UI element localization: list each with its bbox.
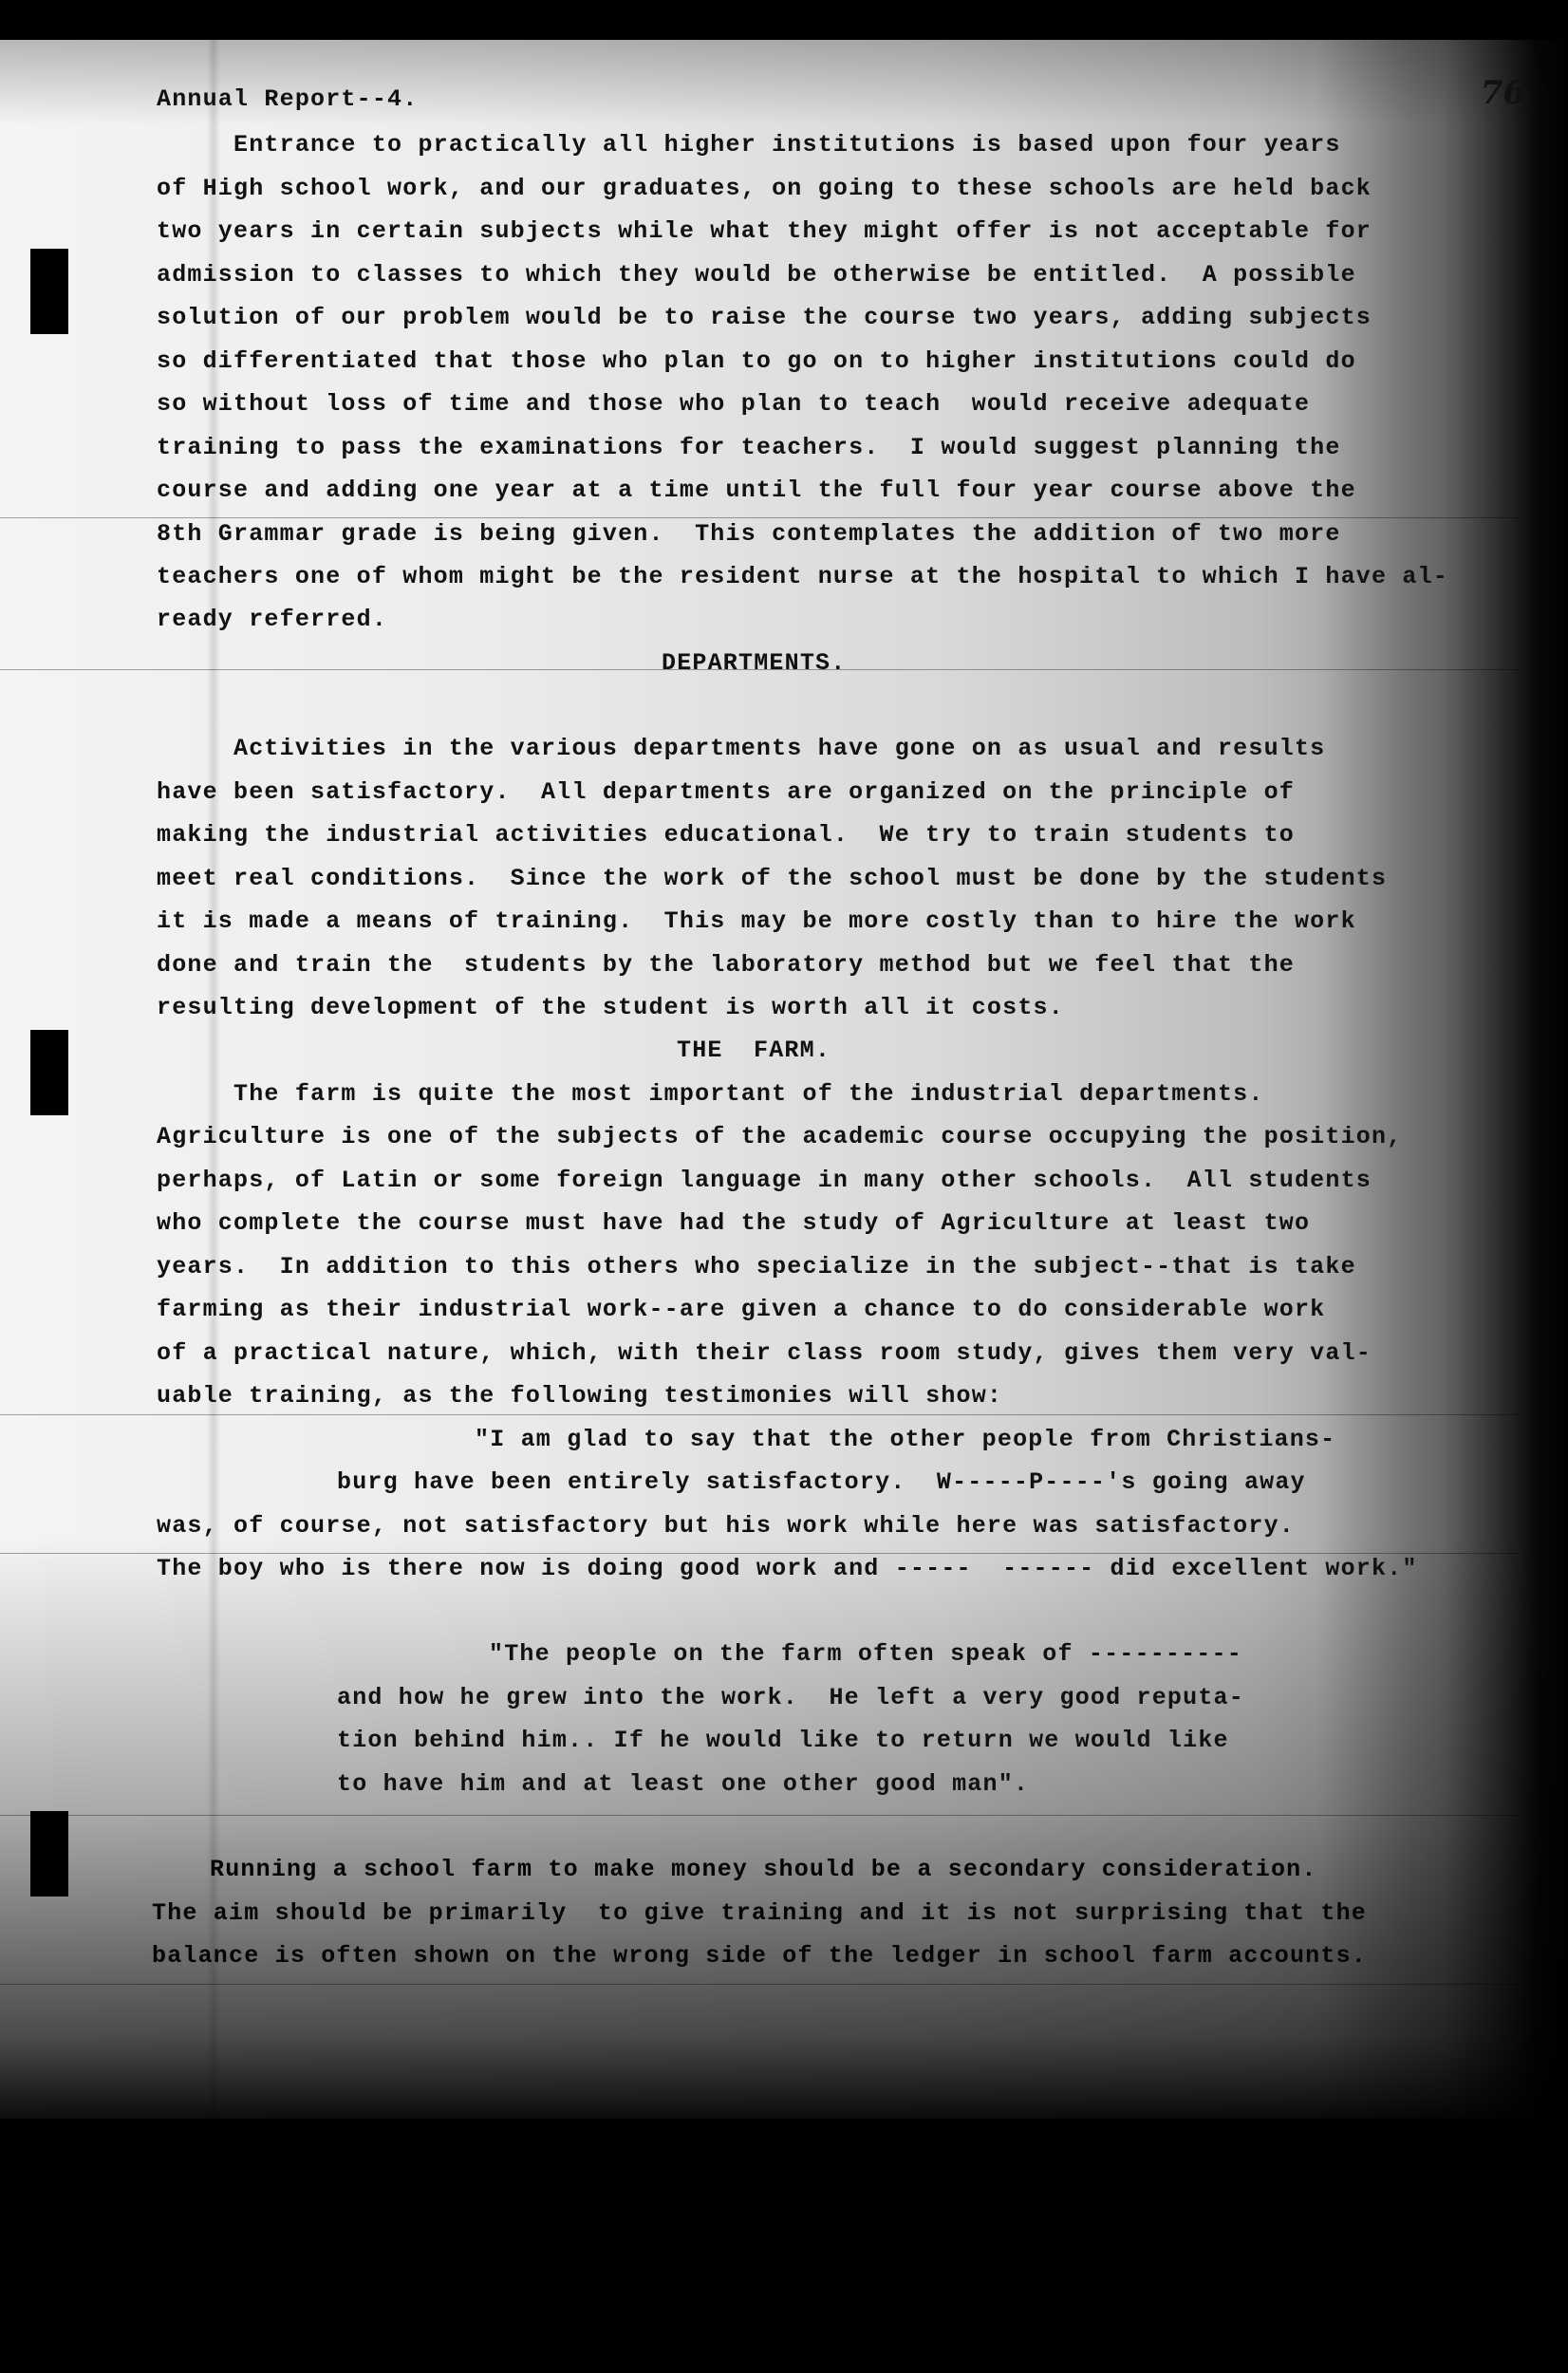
margin-mark-3 (30, 1811, 68, 1897)
text-line: perhaps, of Latin or some foreign langua… (157, 1167, 1372, 1194)
text-line: done and train the students by the labor… (157, 951, 1295, 979)
text-line: teachers one of whom might be the reside… (157, 563, 1448, 590)
quote-line: The boy who is there now is doing good w… (157, 1555, 1418, 1582)
text-line: Activities in the various departments ha… (157, 735, 1325, 762)
text-line: so without loss of time and those who pl… (157, 390, 1310, 418)
text-line: The farm is quite the most important of … (157, 1080, 1264, 1108)
text-line: it is made a means of training. This may… (157, 907, 1356, 935)
text-line: solution of our problem would be to rais… (157, 304, 1372, 331)
text-line: balance is often shown on the wrong side… (152, 1942, 1367, 1970)
report-header: Annual Report--4. (157, 85, 418, 113)
text-line: meet real conditions. Since the work of … (157, 865, 1387, 892)
text-line: Running a school farm to make money shou… (133, 1856, 1317, 1883)
quote-line: "I am glad to say that the other people … (475, 1426, 1335, 1453)
text-line: Agriculture is one of the subjects of th… (157, 1123, 1402, 1150)
section-heading-departments: DEPARTMENTS. (662, 649, 846, 677)
text-line: who complete the course must have had th… (157, 1209, 1310, 1237)
text-line: Entrance to practically all higher insti… (157, 131, 1341, 159)
scan-line (0, 1553, 1519, 1554)
text-line: so differentiated that those who plan to… (157, 347, 1356, 375)
page-number: 76 (1481, 74, 1525, 112)
text-line: of High school work, and our graduates, … (157, 175, 1372, 202)
scan-line (0, 517, 1519, 518)
text-line: years. In addition to this others who sp… (157, 1253, 1356, 1280)
text-line: The aim should be primarily to give trai… (152, 1899, 1367, 1927)
text-line: making the industrial activities educati… (157, 821, 1295, 849)
text-line: course and adding one year at a time unt… (157, 476, 1356, 504)
scan-line (0, 1815, 1519, 1816)
text-line: of a practical nature, which, with their… (157, 1339, 1372, 1367)
scan-line (0, 1414, 1519, 1415)
text-line: two years in certain subjects while what… (157, 217, 1372, 245)
quote-line: tion behind him.. If he would like to re… (337, 1727, 1229, 1754)
margin-mark-1 (30, 249, 68, 334)
text-line: 8th Grammar grade is being given. This c… (157, 520, 1341, 548)
quote-line: to have him and at least one other good … (337, 1770, 1029, 1798)
text-line: ready referred. (157, 606, 387, 633)
text-line: training to pass the examinations for te… (157, 434, 1341, 461)
quote-line: "The people on the farm often speak of -… (489, 1640, 1242, 1668)
text-line: have been satisfactory. All departments … (157, 778, 1295, 806)
text-line: farming as their industrial work--are gi… (157, 1296, 1325, 1323)
quote-line: and how he grew into the work. He left a… (337, 1684, 1244, 1711)
text-line: resulting development of the student is … (157, 994, 1064, 1021)
margin-mark-2 (30, 1030, 68, 1115)
quote-line: was, of course, not satisfactory but his… (157, 1512, 1295, 1540)
quote-line: burg have been entirely satisfactory. W-… (337, 1468, 1306, 1496)
scan-line (0, 1984, 1519, 1985)
text-line: uable training, as the following testimo… (157, 1382, 1002, 1410)
section-heading-farm: THE FARM. (677, 1037, 831, 1064)
text-line: admission to classes to which they would… (157, 261, 1356, 289)
